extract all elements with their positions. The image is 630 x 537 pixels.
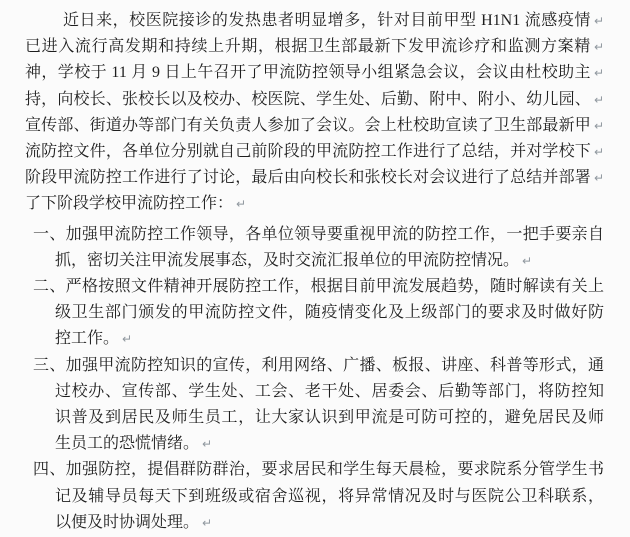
intro-line: 了下阶段学校甲流防控工作：↵ xyxy=(0,191,604,217)
line-text: 神，学校于 11 月 9 日上午召开了甲流防控领导小组紧急会议，会议由杜校助主 xyxy=(25,64,591,81)
list-item-2: 二、严格按照文件精神开展防控工作，根据目前甲流发展趋势，随时解读有关上 级卫生部… xyxy=(0,274,604,353)
intro-line: 近日来，校医院接诊的发热患者明显增多，针对目前甲型 H1N1 流感疫情↵ xyxy=(0,8,604,34)
line-break-mark: ↵ xyxy=(591,14,604,28)
line-text: 以便及时协调处理。 xyxy=(55,514,199,531)
item-line: 一、加强甲流防控工作领导，各单位领导要重视甲流的防控工作，一把手要亲自 xyxy=(0,222,604,248)
line-text: 了下阶段学校甲流防控工作： xyxy=(25,195,233,212)
list-item-3: 三、加强甲流防控知识的宣传，利用网络、广播、板报、讲座、科普等形式，通 过校办、… xyxy=(0,353,604,458)
line-text: 生员工的恐慌情绪。 xyxy=(55,435,199,452)
line-text: 已进入流行高发期和持续上升期，根据卫生部最新下发甲流诊疗和监测方案精 xyxy=(25,38,591,55)
intro-line: 阶段甲流防控工作进行了讨论，最后由向校长和张校长对会议进行了总结并部署↵ xyxy=(0,165,604,191)
line-break-mark: ↵ xyxy=(119,332,132,346)
line-break-mark: ↵ xyxy=(199,437,212,451)
item-line: 二、严格按照文件精神开展防控工作，根据目前甲流发展趋势，随时解读有关上 xyxy=(0,274,604,300)
item-line: 抓，密切关注甲流发展事态，及时交流汇报单位的甲流防控情况。↵ xyxy=(0,248,604,274)
line-text: 持，向校长、张校长以及校办、校医院、学生处、后勤、附中、附小、幼儿园、 xyxy=(25,91,591,108)
line-break-mark: ↵ xyxy=(591,66,604,80)
document-page[interactable]: 近日来，校医院接诊的发热患者明显增多，针对目前甲型 H1N1 流感疫情↵ 已进入… xyxy=(0,0,630,537)
line-text: 记及辅导员每天下到班级或宿舍巡视，将异常情况及时与医院公卫科联系， xyxy=(55,488,604,505)
document-body: 近日来，校医院接诊的发热患者明显增多，针对目前甲型 H1N1 流感疫情↵ 已进入… xyxy=(0,0,630,536)
intro-line: 持，向校长、张校长以及校办、校医院、学生处、后勤、附中、附小、幼儿园、↵ xyxy=(0,87,604,113)
item-line: 生员工的恐慌情绪。↵ xyxy=(0,431,604,457)
list-item-1: 一、加强甲流防控工作领导，各单位领导要重视甲流的防控工作，一把手要亲自 抓，密切… xyxy=(0,222,604,274)
line-text: 控工作。 xyxy=(55,330,119,347)
numbered-list: 一、加强甲流防控工作领导，各单位领导要重视甲流的防控工作，一把手要亲自 抓，密切… xyxy=(0,222,604,536)
line-text: 过校办、宣传部、学生处、工会、老干处、居委会、后勤等部门，将防控知 xyxy=(55,383,604,400)
line-text: 抓，密切关注甲流发展事态，及时交流汇报单位的甲流防控情况。 xyxy=(55,252,519,269)
item-line: 三、加强甲流防控知识的宣传，利用网络、广播、板报、讲座、科普等形式，通 xyxy=(0,353,604,379)
item-line: 级卫生部门颁发的甲流防控文件，随疫情变化及上级部门的要求及时做好防 xyxy=(0,300,604,326)
line-break-mark: ↵ xyxy=(591,93,604,107)
line-text: 四、加强防控，提倡群防群治，要求居民和学生每天晨检，要求院系分管学生书 xyxy=(33,461,604,478)
line-break-mark: ↵ xyxy=(233,197,246,211)
line-text: 近日来，校医院接诊的发热患者明显增多，针对目前甲型 H1N1 流感疫情 xyxy=(63,12,591,29)
line-break-mark: ↵ xyxy=(591,119,604,133)
item-line: 控工作。↵ xyxy=(0,326,604,352)
line-break-mark: ↵ xyxy=(199,516,212,530)
intro-line: 宣传部、街道办等部门有关负责人参加了会议。会上杜校助宣读了卫生部最新甲↵ xyxy=(0,113,604,139)
line-text: 识普及到居民及师生员工，让大家认识到甲流是可防可控的，避免居民及师 xyxy=(55,409,604,426)
item-line: 过校办、宣传部、学生处、工会、老干处、居委会、后勤等部门，将防控知 xyxy=(0,379,604,405)
item-line: 识普及到居民及师生员工，让大家认识到甲流是可防可控的，避免居民及师 xyxy=(0,405,604,431)
line-break-mark: ↵ xyxy=(591,145,604,159)
line-text: 流防控文件，各单位分别就自己前阶段的甲流防控工作进行了总结，并对学校下 xyxy=(25,143,591,160)
list-item-4: 四、加强防控，提倡群防群治，要求居民和学生每天晨检，要求院系分管学生书 记及辅导… xyxy=(0,457,604,536)
line-text: 阶段甲流防控工作进行了讨论，最后由向校长和张校长对会议进行了总结并部署 xyxy=(25,169,591,186)
line-text: 一、加强甲流防控工作领导，各单位领导要重视甲流的防控工作，一把手要亲自 xyxy=(33,226,604,243)
line-text: 级卫生部门颁发的甲流防控文件，随疫情变化及上级部门的要求及时做好防 xyxy=(55,304,604,321)
intro-line: 神，学校于 11 月 9 日上午召开了甲流防控领导小组紧急会议，会议由杜校助主↵ xyxy=(0,60,604,86)
intro-line: 流防控文件，各单位分别就自己前阶段的甲流防控工作进行了总结，并对学校下↵ xyxy=(0,139,604,165)
line-break-mark: ↵ xyxy=(519,254,532,268)
line-text: 三、加强甲流防控知识的宣传，利用网络、广播、板报、讲座、科普等形式，通 xyxy=(33,357,604,374)
line-text: 二、严格按照文件精神开展防控工作，根据目前甲流发展趋势，随时解读有关上 xyxy=(33,278,604,295)
item-line: 四、加强防控，提倡群防群治，要求居民和学生每天晨检，要求院系分管学生书 xyxy=(0,457,604,483)
intro-line: 已进入流行高发期和持续上升期，根据卫生部最新下发甲流诊疗和监测方案精↵ xyxy=(0,34,604,60)
line-text: 宣传部、街道办等部门有关负责人参加了会议。会上杜校助宣读了卫生部最新甲 xyxy=(25,117,591,134)
item-line: 记及辅导员每天下到班级或宿舍巡视，将异常情况及时与医院公卫科联系， xyxy=(0,484,604,510)
intro-paragraph: 近日来，校医院接诊的发热患者明显增多，针对目前甲型 H1N1 流感疫情↵ 已进入… xyxy=(0,8,604,218)
line-break-mark: ↵ xyxy=(591,171,604,185)
item-line: 以便及时协调处理。↵ xyxy=(0,510,604,536)
line-break-mark: ↵ xyxy=(591,40,604,54)
